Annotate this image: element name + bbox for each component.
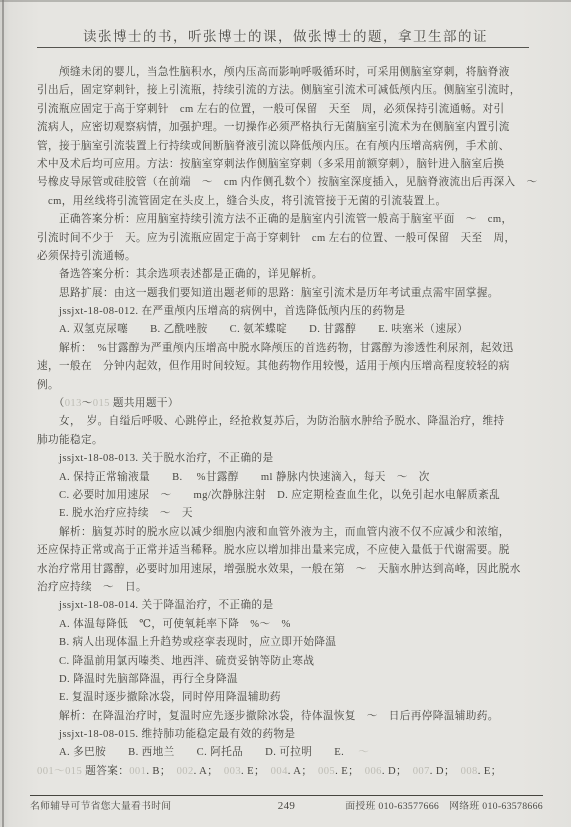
answers-summary-line: 001～015 题答案：001. B； 002. A； 003. E； 004.…	[37, 763, 537, 781]
answers-label: 题答案：	[82, 766, 129, 777]
answer-value: . A；	[194, 766, 224, 777]
answer-number: 005	[318, 766, 335, 777]
question-013-explanation: 还应保持正常或高于正常并适当稀释。脱水应以增加排出量来完成，不应使入量低于代谢需…	[37, 542, 537, 560]
answer-number: 003	[224, 766, 241, 777]
stem-open: （	[37, 398, 65, 409]
answer-number: 002	[177, 766, 194, 777]
correct-answer-analysis-line: 正确答案分析：应用脑室持续引流方法不正确的是脑室内引流管一般高于脑室平面 ～ c…	[37, 211, 537, 229]
stem-tilde: ～	[82, 398, 93, 409]
body-line: cm，用丝线将引流管固定在头皮上，缝合头皮，将引流管接于无菌的引流装置上。	[37, 193, 537, 211]
answer-value: . E；	[335, 766, 365, 777]
question-013-options: E. 脱水治疗应持续 ～ 天	[37, 505, 537, 523]
body-line: 号橡皮导尿管或硅胶管（在前端 ～ cm 内作侧孔数个）按脑室深度插入，见脑脊液流…	[37, 174, 537, 192]
question-012-options: A. 双氢克尿噻 B. 乙酰唑胺 C. 氨苯蝶啶 D. 甘露醇 E. 呋塞米（速…	[37, 321, 537, 339]
correct-answer-analysis-line: 引流时间不少于 天。应为引流瓶应固定于高于穿刺针 cm 左右的位置、一般可保留 …	[37, 230, 537, 248]
answer-value: . D；	[430, 766, 461, 777]
thinking-expansion-line: 思路扩展：由这一题我们要知道出题老师的思路：脑室引流术是历年考试重点需牢固掌握。	[37, 285, 537, 303]
question-012-explanation: 解析： %甘露醇为严重颅内压增高中脱水降颅压的首选药物，甘露醇为渗透性利尿剂，起…	[37, 340, 537, 358]
question-014-option-b: B. 病人出现体温上升趋势或痉挛表现时，应立即开始降温	[37, 634, 537, 652]
q15-blank-mark: ～	[347, 747, 369, 758]
answer-number: 001	[129, 766, 146, 777]
question-013-options: C. 必要时加用速尿 ～ mg/次静脉注射 D. 应定期检查血生化，以免引起水电…	[37, 487, 537, 505]
body-line: 引出后，固定穿刺针，接上引流瓶，持续引流的方法。侧脑室引流术可减低颅内压。侧脑室…	[37, 82, 537, 100]
question-012-explanation: 速，一般在 分钟内起效，但作用时间较短。其他药物作用较慢，适用于颅内压增高程度较…	[37, 358, 537, 376]
stem-end-number: 015	[93, 398, 110, 409]
question-012-stem: jssjxt-18-08-012. 在严重颅内压增高的病例中，首选降低颅内压的药…	[37, 303, 537, 321]
question-013-stem: jssjxt-18-08-013. 关于脱水治疗，不正确的是	[37, 450, 537, 468]
question-014-option-c: C. 降温前用氯丙嗪类、地西泮、硫贲妥钠等防止寒战	[37, 653, 537, 671]
question-014-explanation: 解析：在降温治疗时，复温时应先逐步撤除冰袋，待体温恢复 ～ 日后再停降温辅助药。	[37, 708, 537, 726]
page-header-slogan: 读张博士的书，听张博士的课，做张博士的题，拿卫生部的证	[0, 25, 571, 45]
answer-value: . B；	[146, 766, 176, 777]
footer-slogan: 名师辅导可节省您大量看书时间	[30, 798, 257, 812]
answer-value: . E；	[241, 766, 271, 777]
question-015-options: A. 多巴胺 B. 西地兰 C. 阿托品 D. 可拉明 E. ～	[37, 744, 537, 762]
page-footer: 名师辅导可节省您大量看书时间 249 面授班 010-63577666 网络班 …	[30, 798, 543, 812]
question-015-stem: jssjxt-18-08-015. 维持肺功能稳定最有效的药物是	[37, 726, 537, 744]
question-013-options: A. 保持正常输液量 B. %甘露醇 ml 静脉内快速滴入，每天 ～ 次	[37, 469, 537, 487]
body-line: 颅缝未闭的婴儿，当急性脑积水，颅内压高而影响呼吸循环时，可采用侧脑室穿刺，将脑脊…	[37, 64, 537, 82]
header-rule	[37, 47, 529, 48]
body-line: 管，接于脑室引流装置上行持续或间断脑脊液引流以降低颅内压。在有颅内压增高病例，手…	[37, 138, 537, 156]
page-number: 249	[257, 800, 317, 812]
scan-left-edge	[2, 0, 4, 827]
question-014-stem: jssjxt-18-08-014. 关于降温治疗，不正确的是	[37, 597, 537, 615]
question-014-option-d: D. 降温时先脑部降温，再行全身降温	[37, 671, 537, 689]
case-description-line: 女， 岁。自缢后呼吸、心跳停止，经抢救复苏后，为防治脑水肿给予脱水、降温治疗，维…	[37, 413, 537, 431]
answers-range: 001～015	[37, 766, 82, 777]
shared-stem-heading: （013～015 题共用题干）	[37, 395, 537, 413]
question-013-explanation: 治疗应持续 ～ 日。	[37, 579, 537, 597]
q15-options-text: A. 多巴胺 B. 西地兰 C. 阿托品 D. 可拉明 E.	[37, 747, 347, 758]
correct-answer-analysis-line: 必须保持引流通畅。	[37, 248, 537, 266]
body-line: 流病人，应密切观察病情，加强护理。一切操作必须严格执行无菌脑室引流术为在侧脑室内…	[37, 119, 537, 137]
footer-contact-phones: 面授班 010-63577666 网络班 010-63578666	[317, 798, 544, 812]
answer-value: . A；	[288, 766, 318, 777]
case-description-line: 肺功能稳定。	[37, 432, 537, 450]
answer-number: 006	[365, 766, 382, 777]
answer-number: 007	[413, 766, 430, 777]
question-012-explanation: 例。	[37, 377, 537, 395]
stem-label: 题共用题干）	[110, 398, 179, 409]
footer-rule	[30, 795, 543, 796]
answer-value: . D；	[382, 766, 413, 777]
scanned-book-page: 读张博士的书，听张博士的课，做张博士的题，拿卫生部的证 颅缝未闭的婴儿，当急性脑…	[0, 0, 571, 827]
answer-value: . E；	[478, 766, 502, 777]
scan-top-edge	[0, 0, 571, 2]
answer-number: 008	[461, 766, 478, 777]
page-body: 颅缝未闭的婴儿，当急性脑积水，颅内压高而影响呼吸循环时，可采用侧脑室穿刺，将脑脊…	[37, 64, 537, 786]
stem-start-number: 013	[65, 398, 82, 409]
body-line: 术中及术后均可应用。方法：按脑室穿刺法作侧脑室穿刺（多采用前额穿刺），脑针进入脑…	[37, 156, 537, 174]
question-014-option-a: A. 体温每降低 ℃，可使氧耗率下降 %～ %	[37, 616, 537, 634]
question-013-explanation: 水治疗常用甘露醇，必要时加用速尿，增强脱水效果，一般在第 ～ 天脑水肿达到高峰，…	[37, 561, 537, 579]
answer-number: 004	[271, 766, 288, 777]
alternative-answer-analysis-line: 备选答案分析：其余选项表述都是正确的，详见解析。	[37, 266, 537, 284]
question-013-explanation: 解析：脑复苏时的脱水应以减少细胞内液和血管外液为主，而血管内液不仅不应减少和浓缩…	[37, 524, 537, 542]
question-014-option-e: E. 复温时逐步撤除冰袋，同时停用降温辅助药	[37, 689, 537, 707]
body-line: 引流瓶应固定于高于穿刺针 cm 左右的位置，一般可保留 天至 周，必须保持引流通…	[37, 101, 537, 119]
